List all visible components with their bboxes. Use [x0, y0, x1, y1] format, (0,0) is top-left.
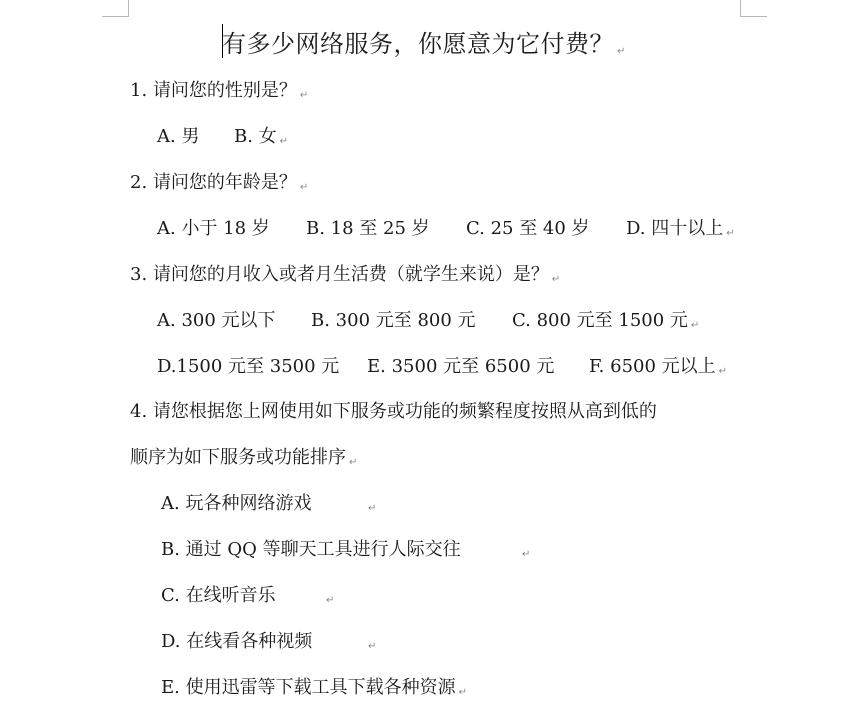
question-4-option-b[interactable]: B. 通过 QQ 等聊天工具进行人际交往↵ — [161, 535, 530, 561]
paragraph-mark-icon: ↵ — [300, 90, 308, 101]
paragraph-mark-icon: ↵ — [726, 228, 734, 239]
paragraph-mark-icon: ↵ — [368, 641, 376, 652]
option-c: C. 25 至 40 岁 — [466, 214, 626, 240]
document-title[interactable]: 有多少网络服务，你愿意为它付费？↵ — [222, 24, 626, 59]
question-2-options[interactable]: A. 小于 18 岁B. 18 至 25 岁C. 25 至 40 岁D. 四十以… — [157, 214, 735, 240]
option-e: E. 3500 元至 6500 元 — [367, 352, 589, 378]
paragraph-mark-icon: ↵ — [459, 687, 467, 698]
option-a: A. 小于 18 岁 — [157, 214, 306, 240]
paragraph-mark-icon: ↵ — [280, 136, 288, 147]
paragraph-mark-icon: ↵ — [552, 274, 560, 285]
paragraph-mark-icon: ↵ — [617, 46, 626, 57]
paragraph-mark-icon: ↵ — [691, 320, 699, 331]
option-c: C. 800 元至 1500 元 — [512, 306, 688, 332]
option-b: B. 女 — [234, 122, 277, 148]
paragraph-mark-icon: ↵ — [349, 457, 357, 468]
option-a: A. 男 — [157, 122, 234, 148]
option-d: D.1500 元至 3500 元 — [157, 352, 367, 378]
paragraph-mark-icon: ↵ — [326, 595, 334, 606]
option-a: A. 300 元以下 — [157, 306, 311, 332]
paragraph-mark-icon: ↵ — [522, 549, 530, 560]
paragraph-mark-icon: ↵ — [368, 503, 376, 514]
question-3[interactable]: 3. 请问您的月收入或者月生活费（就学生来说）是？↵ — [130, 260, 560, 286]
question-4-line-1[interactable]: 4. 请您根据您上网使用如下服务或功能的频繁程度按照从高到低的 — [130, 397, 657, 423]
question-1[interactable]: 1. 请问您的性别是？↵ — [130, 76, 308, 102]
text-cursor — [222, 24, 223, 58]
option-b: B. 18 至 25 岁 — [306, 214, 466, 240]
question-4-line-2[interactable]: 顺序为如下服务或功能排序↵ — [130, 443, 357, 469]
title-text: 有多少网络服务，你愿意为它付费？ — [222, 30, 614, 58]
question-2[interactable]: 2. 请问您的年龄是？↵ — [130, 168, 308, 194]
question-1-options[interactable]: A. 男B. 女↵ — [157, 122, 288, 148]
question-4-option-e[interactable]: E. 使用迅雷等下载工具下载各种资源↵ — [161, 673, 467, 699]
question-3-options-row-2[interactable]: D.1500 元至 3500 元E. 3500 元至 6500 元F. 6500… — [157, 352, 727, 378]
page-corner-mark-right — [740, 0, 767, 17]
paragraph-mark-icon: ↵ — [719, 366, 727, 377]
question-4-option-d[interactable]: D. 在线看各种视频↵ — [161, 627, 376, 653]
paragraph-mark-icon: ↵ — [300, 182, 308, 193]
question-4-option-c[interactable]: C. 在线听音乐↵ — [161, 581, 334, 607]
option-f: F. 6500 元以上 — [589, 352, 716, 378]
question-4-option-a[interactable]: A. 玩各种网络游戏↵ — [161, 489, 376, 515]
question-3-options-row-1[interactable]: A. 300 元以下B. 300 元至 800 元C. 800 元至 1500 … — [157, 306, 699, 332]
option-b: B. 300 元至 800 元 — [311, 306, 512, 332]
option-d: D. 四十以上 — [626, 214, 723, 240]
page-corner-mark-left — [102, 0, 129, 17]
